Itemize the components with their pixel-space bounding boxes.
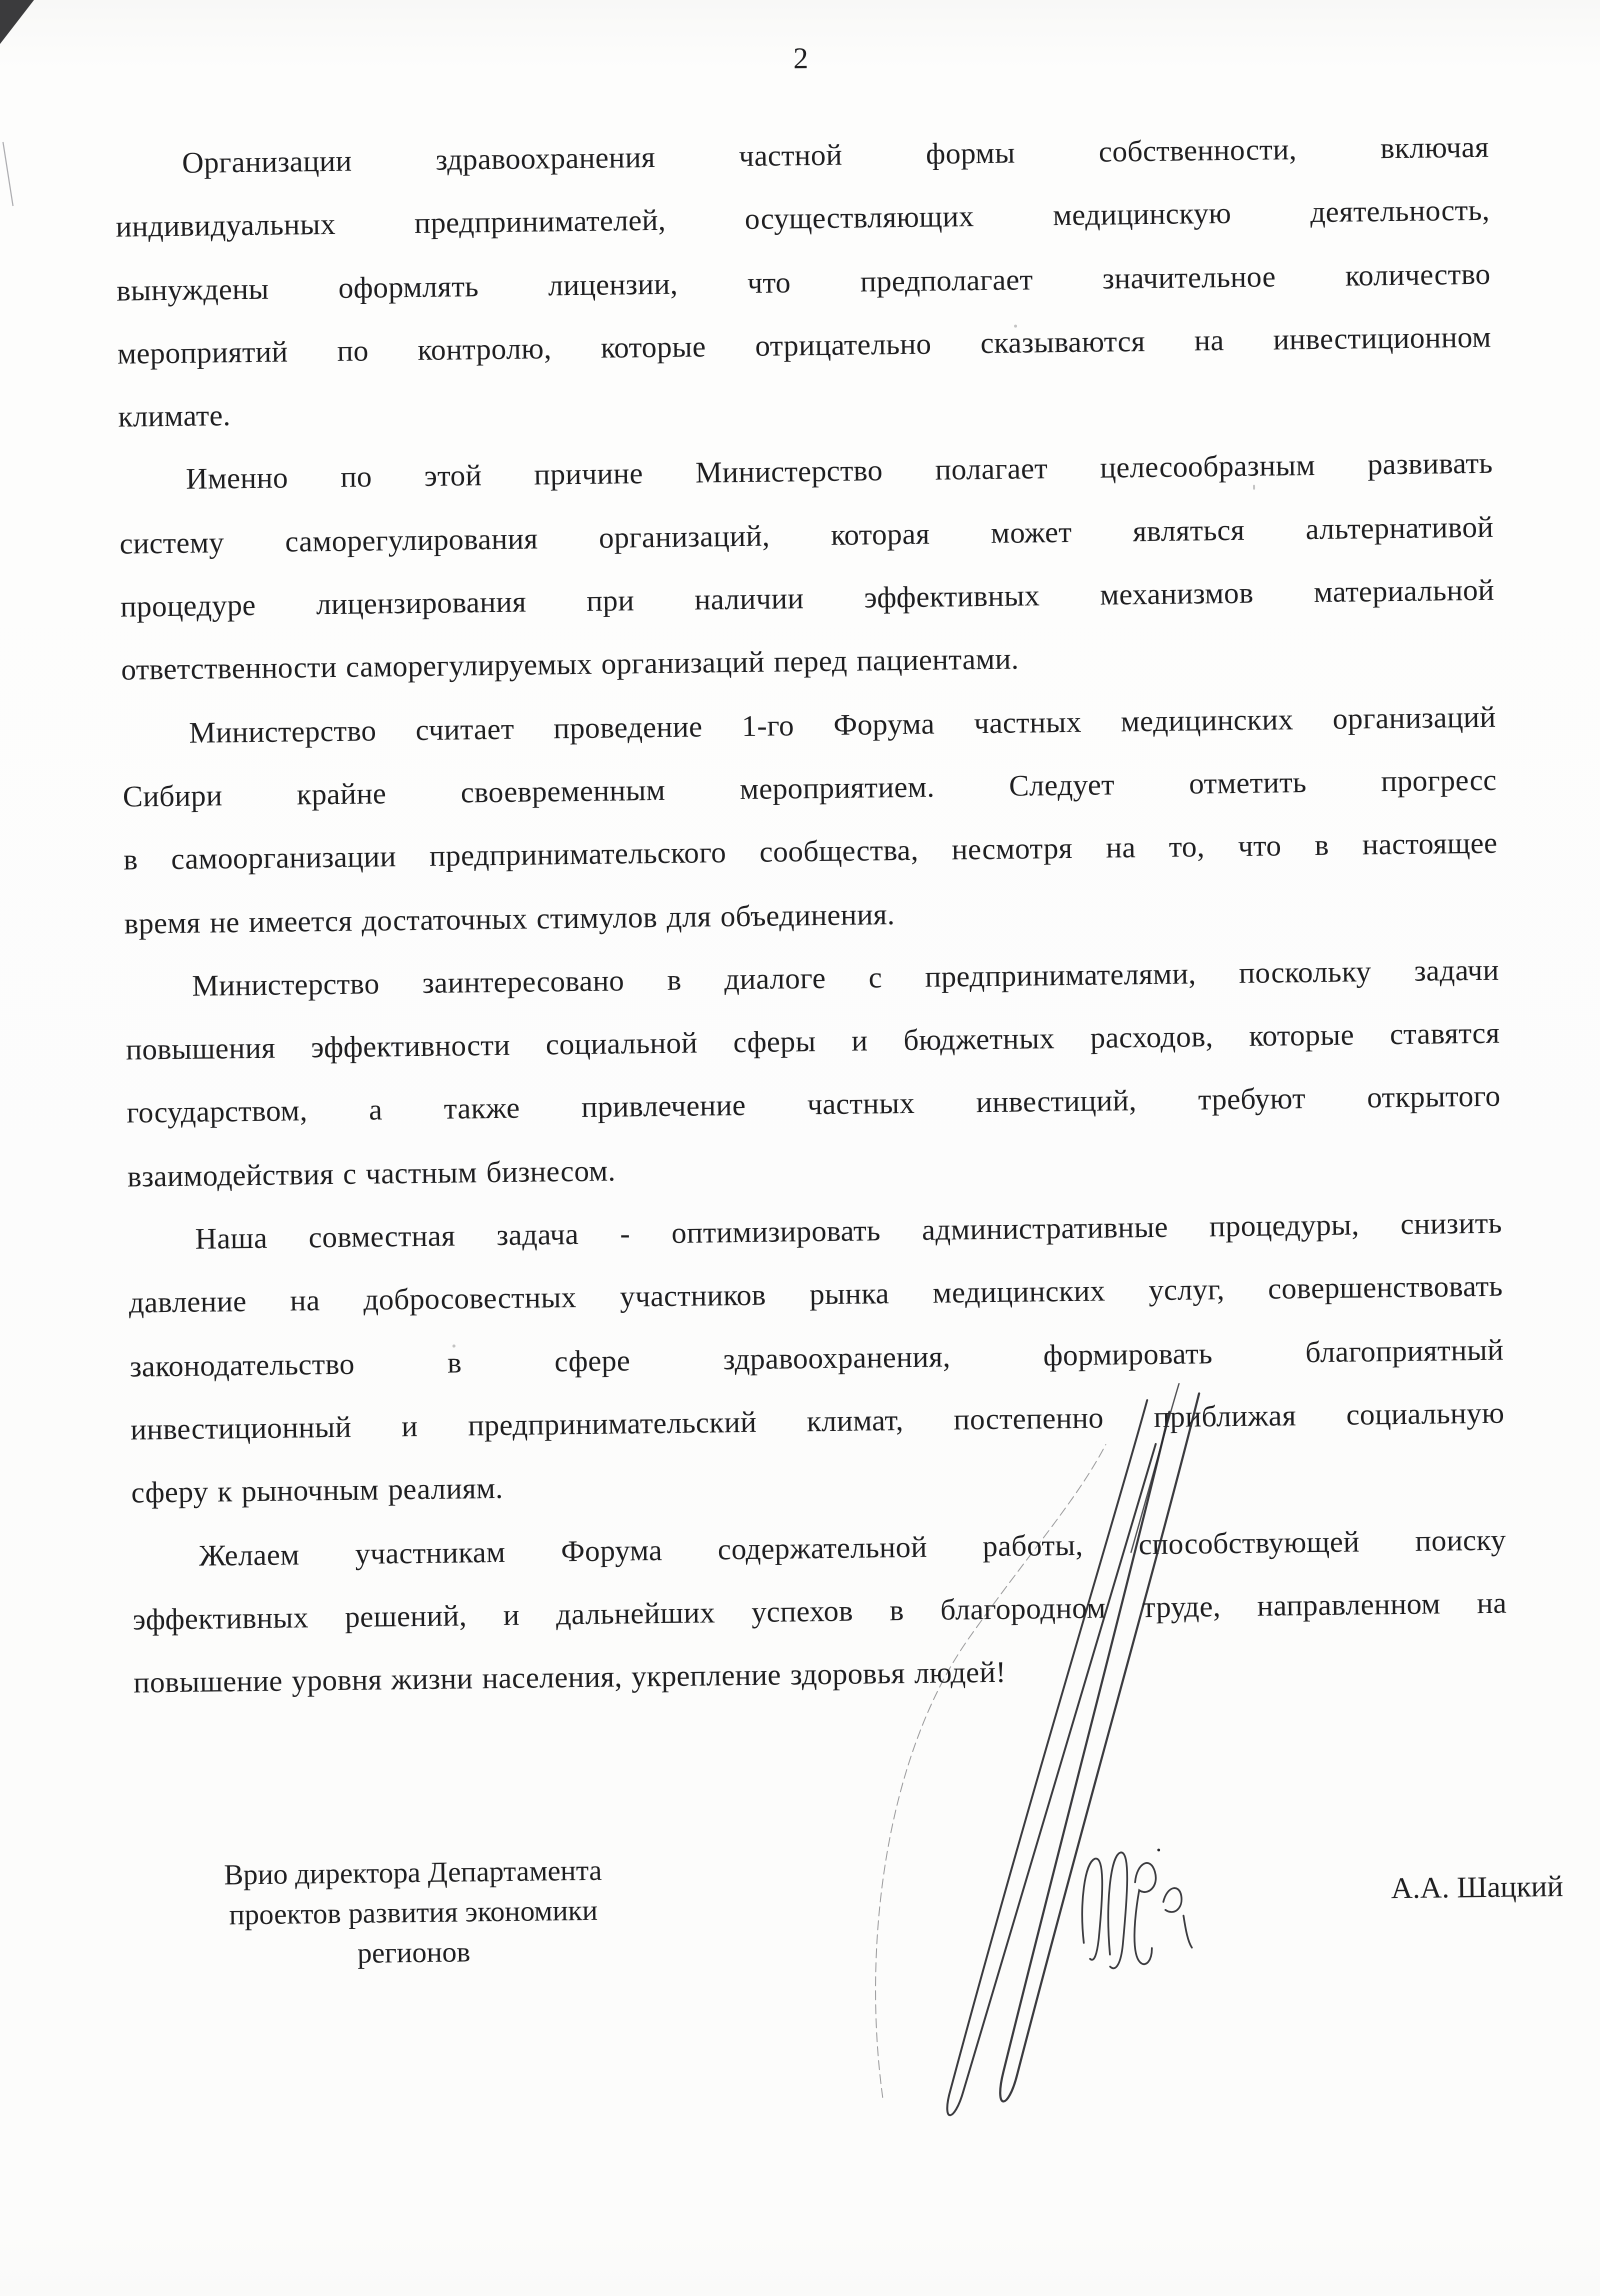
signer-title-line2: проектов развития экономики регионов [173, 1890, 654, 1976]
signer-name: А.А. Шацкий [1313, 1869, 1563, 1908]
page-number: 2 [114, 34, 1488, 85]
scanned-letter-page: 2 Организации здравоохранения частной фо… [0, 0, 1600, 2296]
page-content: 2 Организации здравоохранения частной фо… [0, 0, 1600, 2296]
signer-title: Врио директора Департамента проектов раз… [173, 1850, 654, 1976]
scan-speck [452, 1345, 455, 1348]
scan-speck [1014, 325, 1017, 328]
scan-artifact-scratch [1, 140, 15, 208]
handwritten-signature [847, 1380, 1316, 2126]
scan-speck [1253, 485, 1255, 490]
signer-title-line1: Врио директора Департамента [173, 1850, 653, 1896]
